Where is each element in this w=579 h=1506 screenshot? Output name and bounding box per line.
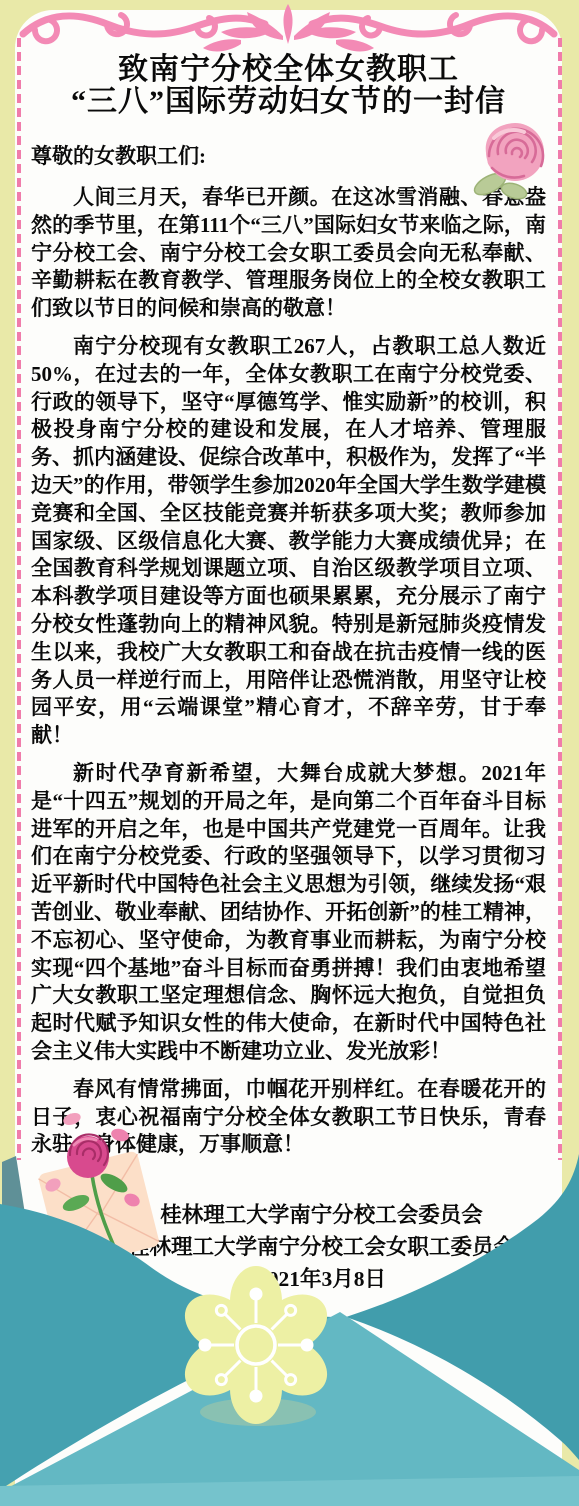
paragraph-3: 新时代孕育新希望，大舞台成就大梦想。2021年是“十四五”规划的开局之年，是向第… <box>31 760 546 1066</box>
letter-page: 致南宁分校全体女教职工 “三八”国际劳动妇女节的一封信 尊敬的女教职工们: 人间… <box>0 0 579 1506</box>
paragraph-1: 人间三月天，春华已开颜。在这冰雪消融、春意盎然的季节里，在第111个“三八”国际… <box>31 184 546 323</box>
letter-title: 致南宁分校全体女教职工 “三八”国际劳动妇女节的一封信 <box>31 54 546 118</box>
title-line-1: 致南宁分校全体女教职工 <box>31 54 546 86</box>
paragraph-2: 南宁分校现有女教职工267人，占教职工总人数近50%，在过去的一年，全体女教职工… <box>31 333 546 750</box>
rose-icon <box>460 112 560 204</box>
teal-envelope-icon <box>0 1140 579 1506</box>
